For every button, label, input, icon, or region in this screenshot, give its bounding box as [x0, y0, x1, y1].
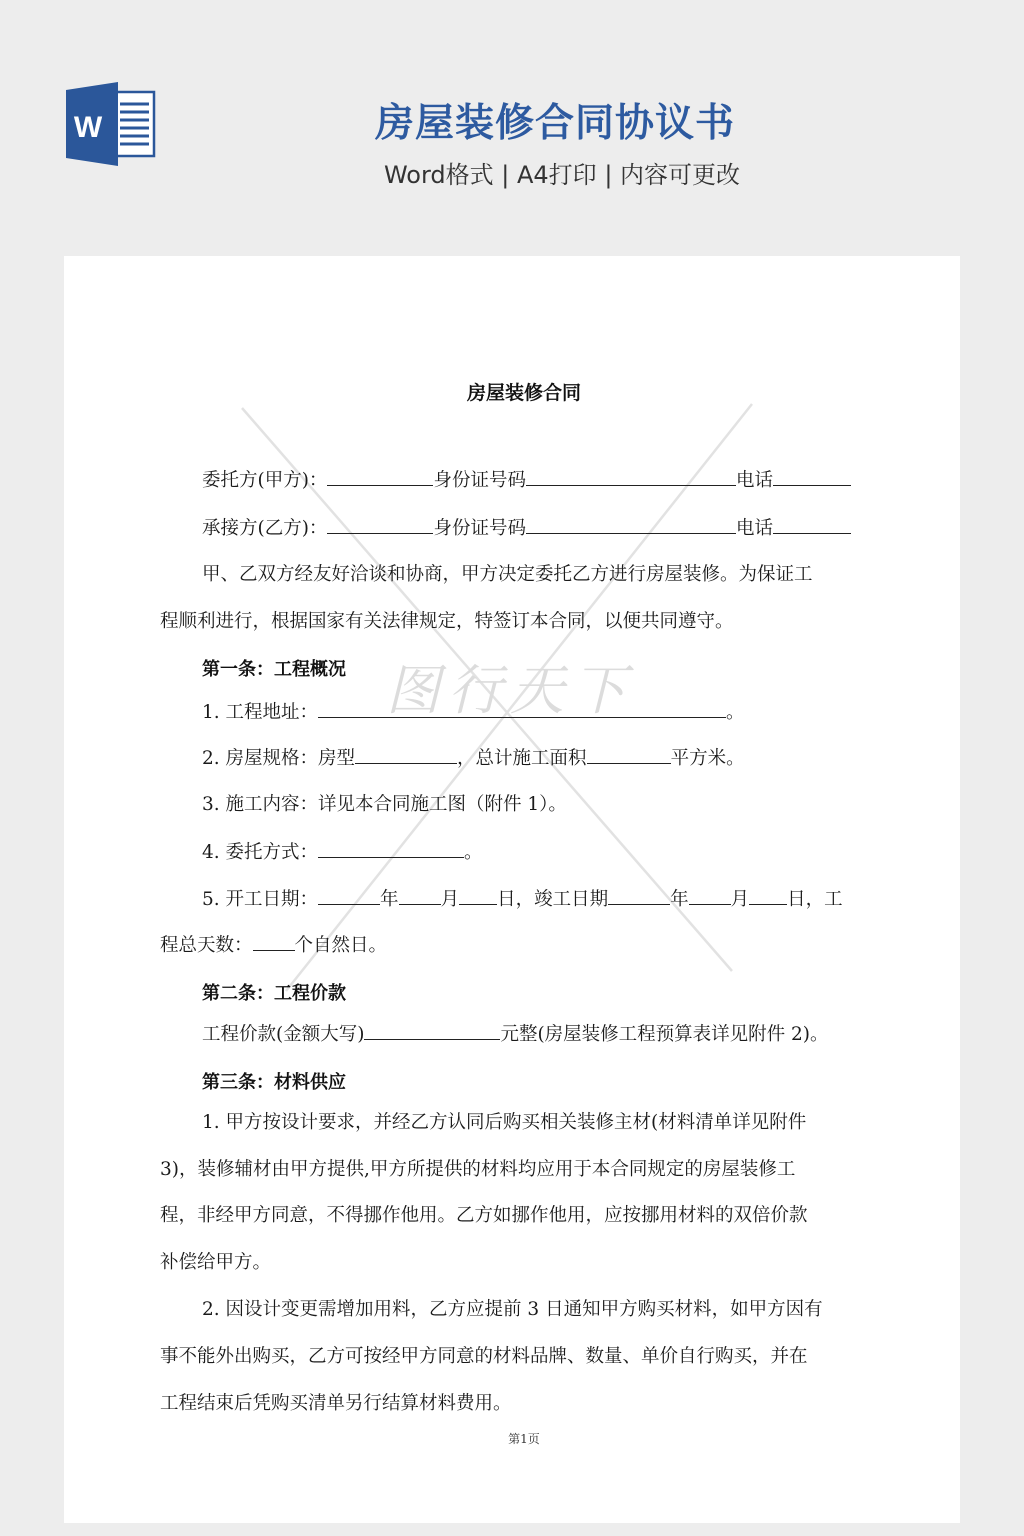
banner-title: 房屋装修合同协议书	[0, 92, 1024, 148]
item-4-end: 。	[464, 842, 483, 863]
document-page: 图行天下 房屋装修合同 委托方(甲方)：身份证号码电话 承接方(乙方)：身份证号…	[64, 256, 960, 1523]
article-2-heading: 第二条：工程价款	[202, 982, 346, 1006]
address-label: 1. 工程地址：	[202, 702, 318, 723]
article-3-p2-line-2: 事不能外出购买，乙方可按经甲方同意的材料品牌、数量、单价自行购买，并在	[160, 1345, 890, 1369]
party-b-name-blank[interactable]	[327, 516, 433, 534]
total-days-label: 程总天数：	[160, 935, 253, 956]
price-end: 元整(房屋装修工程预算表详见附件 2)。	[500, 1024, 828, 1045]
price-label: 工程价款(金额大写)	[202, 1024, 364, 1045]
intro-line-1: 甲、乙双方经友好洽谈和协商，甲方决定委托乙方进行房屋装修。为保证工	[202, 563, 932, 587]
article-1-item-5: 5. 开工日期：年月日，竣工日期年月日，工	[202, 887, 932, 912]
year-label: 年	[670, 889, 689, 910]
article-3-p2-line-1: 2. 因设计变更需增加用料，乙方应提前 3 日通知甲方购买材料，如甲方因有	[202, 1298, 932, 1322]
party-a-id-label: 身份证号码	[433, 470, 526, 491]
end-date-label: 日，竣工日期	[497, 889, 608, 910]
article-3-p1-line-3: 程，非经甲方同意，不得挪作他用。乙方如挪作他用，应按挪用材料的双倍价款	[160, 1204, 890, 1228]
day-end-label: 日，工	[787, 889, 843, 910]
item-1-end: 。	[726, 702, 745, 723]
article-3-p2-line-3: 工程结束后凭购买清单另行结算材料费用。	[160, 1392, 890, 1416]
start-date-label: 5. 开工日期：	[202, 889, 318, 910]
party-a-phone-label: 电话	[736, 470, 773, 491]
party-a-name-blank[interactable]	[327, 468, 433, 486]
intro-line-2: 程顺利进行，根据国家有关法律规定，特签订本合同，以便共同遵守。	[160, 610, 890, 634]
area-blank[interactable]	[587, 746, 671, 764]
article-1-item-3: 3. 施工内容：详见本合同施工图（附件 1）。	[202, 793, 932, 817]
article-2-price-row: 工程价款(金额大写)元整(房屋装修工程预算表详见附件 2)。	[202, 1022, 932, 1047]
article-3-p1-line-2: 3)，装修辅材由甲方提供,甲方所提供的材料均应用于本合同规定的房屋装修工	[160, 1158, 890, 1182]
article-1-heading: 第一条：工程概况	[202, 658, 346, 682]
commission-blank[interactable]	[318, 840, 464, 858]
area-label: ，总计施工面积	[457, 748, 587, 769]
article-1-item-2: 2. 房屋规格：房型，总计施工面积平方米。	[202, 746, 932, 771]
start-year-blank[interactable]	[318, 887, 380, 905]
article-1-item-1: 1. 工程地址：。	[202, 700, 932, 725]
page-number: 第1页	[64, 1430, 960, 1447]
party-b-phone-blank[interactable]	[773, 516, 851, 534]
end-month-blank[interactable]	[689, 887, 731, 905]
document-title: 房屋装修合同	[64, 378, 960, 405]
party-a-row: 委托方(甲方)：身份证号码电话	[202, 468, 932, 493]
house-type-blank[interactable]	[355, 746, 457, 764]
year-label: 年	[380, 889, 399, 910]
end-day-blank[interactable]	[749, 887, 787, 905]
article-3-p1-line-4: 补偿给甲方。	[160, 1251, 890, 1275]
party-a-label: 委托方(甲方)：	[202, 470, 327, 491]
start-day-blank[interactable]	[459, 887, 497, 905]
banner-subtitle: Word格式 | A4打印 | 内容可更改	[0, 155, 1024, 190]
party-a-phone-blank[interactable]	[773, 468, 851, 486]
house-spec-label: 2. 房屋规格：房型	[202, 748, 355, 769]
address-blank[interactable]	[318, 700, 726, 718]
party-b-row: 承接方(乙方)：身份证号码电话	[202, 516, 932, 541]
header-banner: W 房屋装修合同协议书 Word格式 | A4打印 | 内容可更改	[0, 0, 1024, 256]
total-days-blank[interactable]	[253, 933, 295, 951]
area-unit: 平方米。	[671, 748, 745, 769]
price-blank[interactable]	[364, 1022, 500, 1040]
month-label: 月	[731, 889, 750, 910]
article-1-item-4: 4. 委托方式：。	[202, 840, 932, 865]
party-b-id-blank[interactable]	[526, 516, 736, 534]
article-3-heading: 第三条：材料供应	[202, 1071, 346, 1095]
party-b-id-label: 身份证号码	[433, 518, 526, 539]
end-year-blank[interactable]	[608, 887, 670, 905]
article-1-item-5-cont: 程总天数：个自然日。	[160, 933, 890, 958]
commission-label: 4. 委托方式：	[202, 842, 318, 863]
party-b-phone-label: 电话	[736, 518, 773, 539]
party-a-id-blank[interactable]	[526, 468, 736, 486]
article-3-p1-line-1: 1. 甲方按设计要求，并经乙方认同后购买相关装修主材(材料清单详见附件	[202, 1111, 932, 1135]
party-b-label: 承接方(乙方)：	[202, 518, 327, 539]
month-label: 月	[441, 889, 460, 910]
total-days-unit: 个自然日。	[295, 935, 388, 956]
start-month-blank[interactable]	[399, 887, 441, 905]
